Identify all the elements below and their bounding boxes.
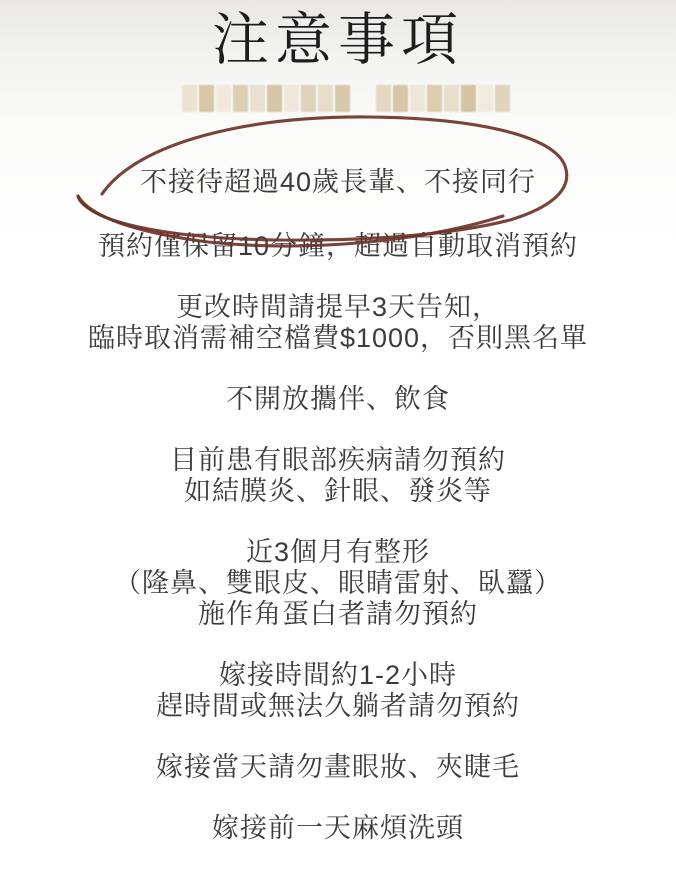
notice-line: 近3個月有整形 <box>0 537 676 568</box>
notice-line: 嫁接時間約1-2小時 <box>0 660 676 691</box>
redacted-block <box>478 85 493 112</box>
notice-group-2: 更改時間請提早3天告知，臨時取消需補空檔費$1000，否則黑名單 <box>0 292 676 354</box>
notice-list: 預約僅保留10分鐘，超過自動取消預約更改時間請提早3天告知，臨時取消需補空檔費$… <box>0 231 676 844</box>
redacted-gap <box>352 85 374 112</box>
redacted-block <box>461 85 476 112</box>
redacted-block <box>427 85 442 112</box>
notice-line: 嫁接當天請勿畫眼妝、夾睫毛 <box>0 752 676 783</box>
highlighted-rule: 不接待超過40歲長輩、不接同行 <box>0 168 676 197</box>
notice-line: 更改時間請提早3天告知， <box>0 292 676 323</box>
redacted-block <box>182 85 197 112</box>
notice-line: 不開放攜伴、飲食 <box>0 384 676 415</box>
notice-group-6: 嫁接時間約1-2小時趕時間或無法久躺者請勿預約 <box>0 660 676 722</box>
notice-group-8: 嫁接前一天麻煩洗頭 <box>0 813 676 844</box>
notice-line: 預約僅保留10分鐘，超過自動取消預約 <box>0 231 676 262</box>
notice-group-7: 嫁接當天請勿畫眼妝、夾睫毛 <box>0 752 676 783</box>
redacted-block <box>376 85 391 112</box>
redacted-block <box>267 85 282 112</box>
redacted-block <box>199 85 214 112</box>
redacted-block <box>250 85 265 112</box>
redacted-block <box>444 85 459 112</box>
notice-line: 嫁接前一天麻煩洗頭 <box>0 813 676 844</box>
redacted-text-bar <box>182 85 500 112</box>
redacted-block <box>495 85 510 112</box>
notice-group-4: 目前患有眼部疾病請勿預約如結膜炎、針眼、發炎等 <box>0 445 676 507</box>
notice-group-1: 預約僅保留10分鐘，超過自動取消預約 <box>0 231 676 262</box>
notice-page: 注意事項 不接待超過40歲長輩、不接同行 預約僅保留10分鐘，超過自動取消預約更… <box>0 0 676 871</box>
redacted-block <box>393 85 408 112</box>
notice-line: （隆鼻、雙眼皮、眼睛雷射、臥蠶） <box>0 568 676 599</box>
notice-line: 目前患有眼部疾病請勿預約 <box>0 445 676 476</box>
page-title: 注意事項 <box>0 0 676 72</box>
redacted-block <box>318 85 333 112</box>
highlighted-rule-text: 不接待超過40歲長輩、不接同行 <box>140 167 536 197</box>
notice-group-3: 不開放攜伴、飲食 <box>0 384 676 415</box>
redacted-block <box>233 85 248 112</box>
notice-group-5: 近3個月有整形（隆鼻、雙眼皮、眼睛雷射、臥蠶）施作角蛋白者請勿預約 <box>0 537 676 630</box>
notice-line: 趕時間或無法久躺者請勿預約 <box>0 691 676 722</box>
redacted-block <box>301 85 316 112</box>
notice-line: 臨時取消需補空檔費$1000，否則黑名單 <box>0 323 676 354</box>
notice-line: 如結膜炎、針眼、發炎等 <box>0 476 676 507</box>
notice-line: 施作角蛋白者請勿預約 <box>0 599 676 630</box>
redacted-block <box>335 85 350 112</box>
redacted-block <box>216 85 231 112</box>
redacted-block <box>410 85 425 112</box>
redacted-block <box>284 85 299 112</box>
